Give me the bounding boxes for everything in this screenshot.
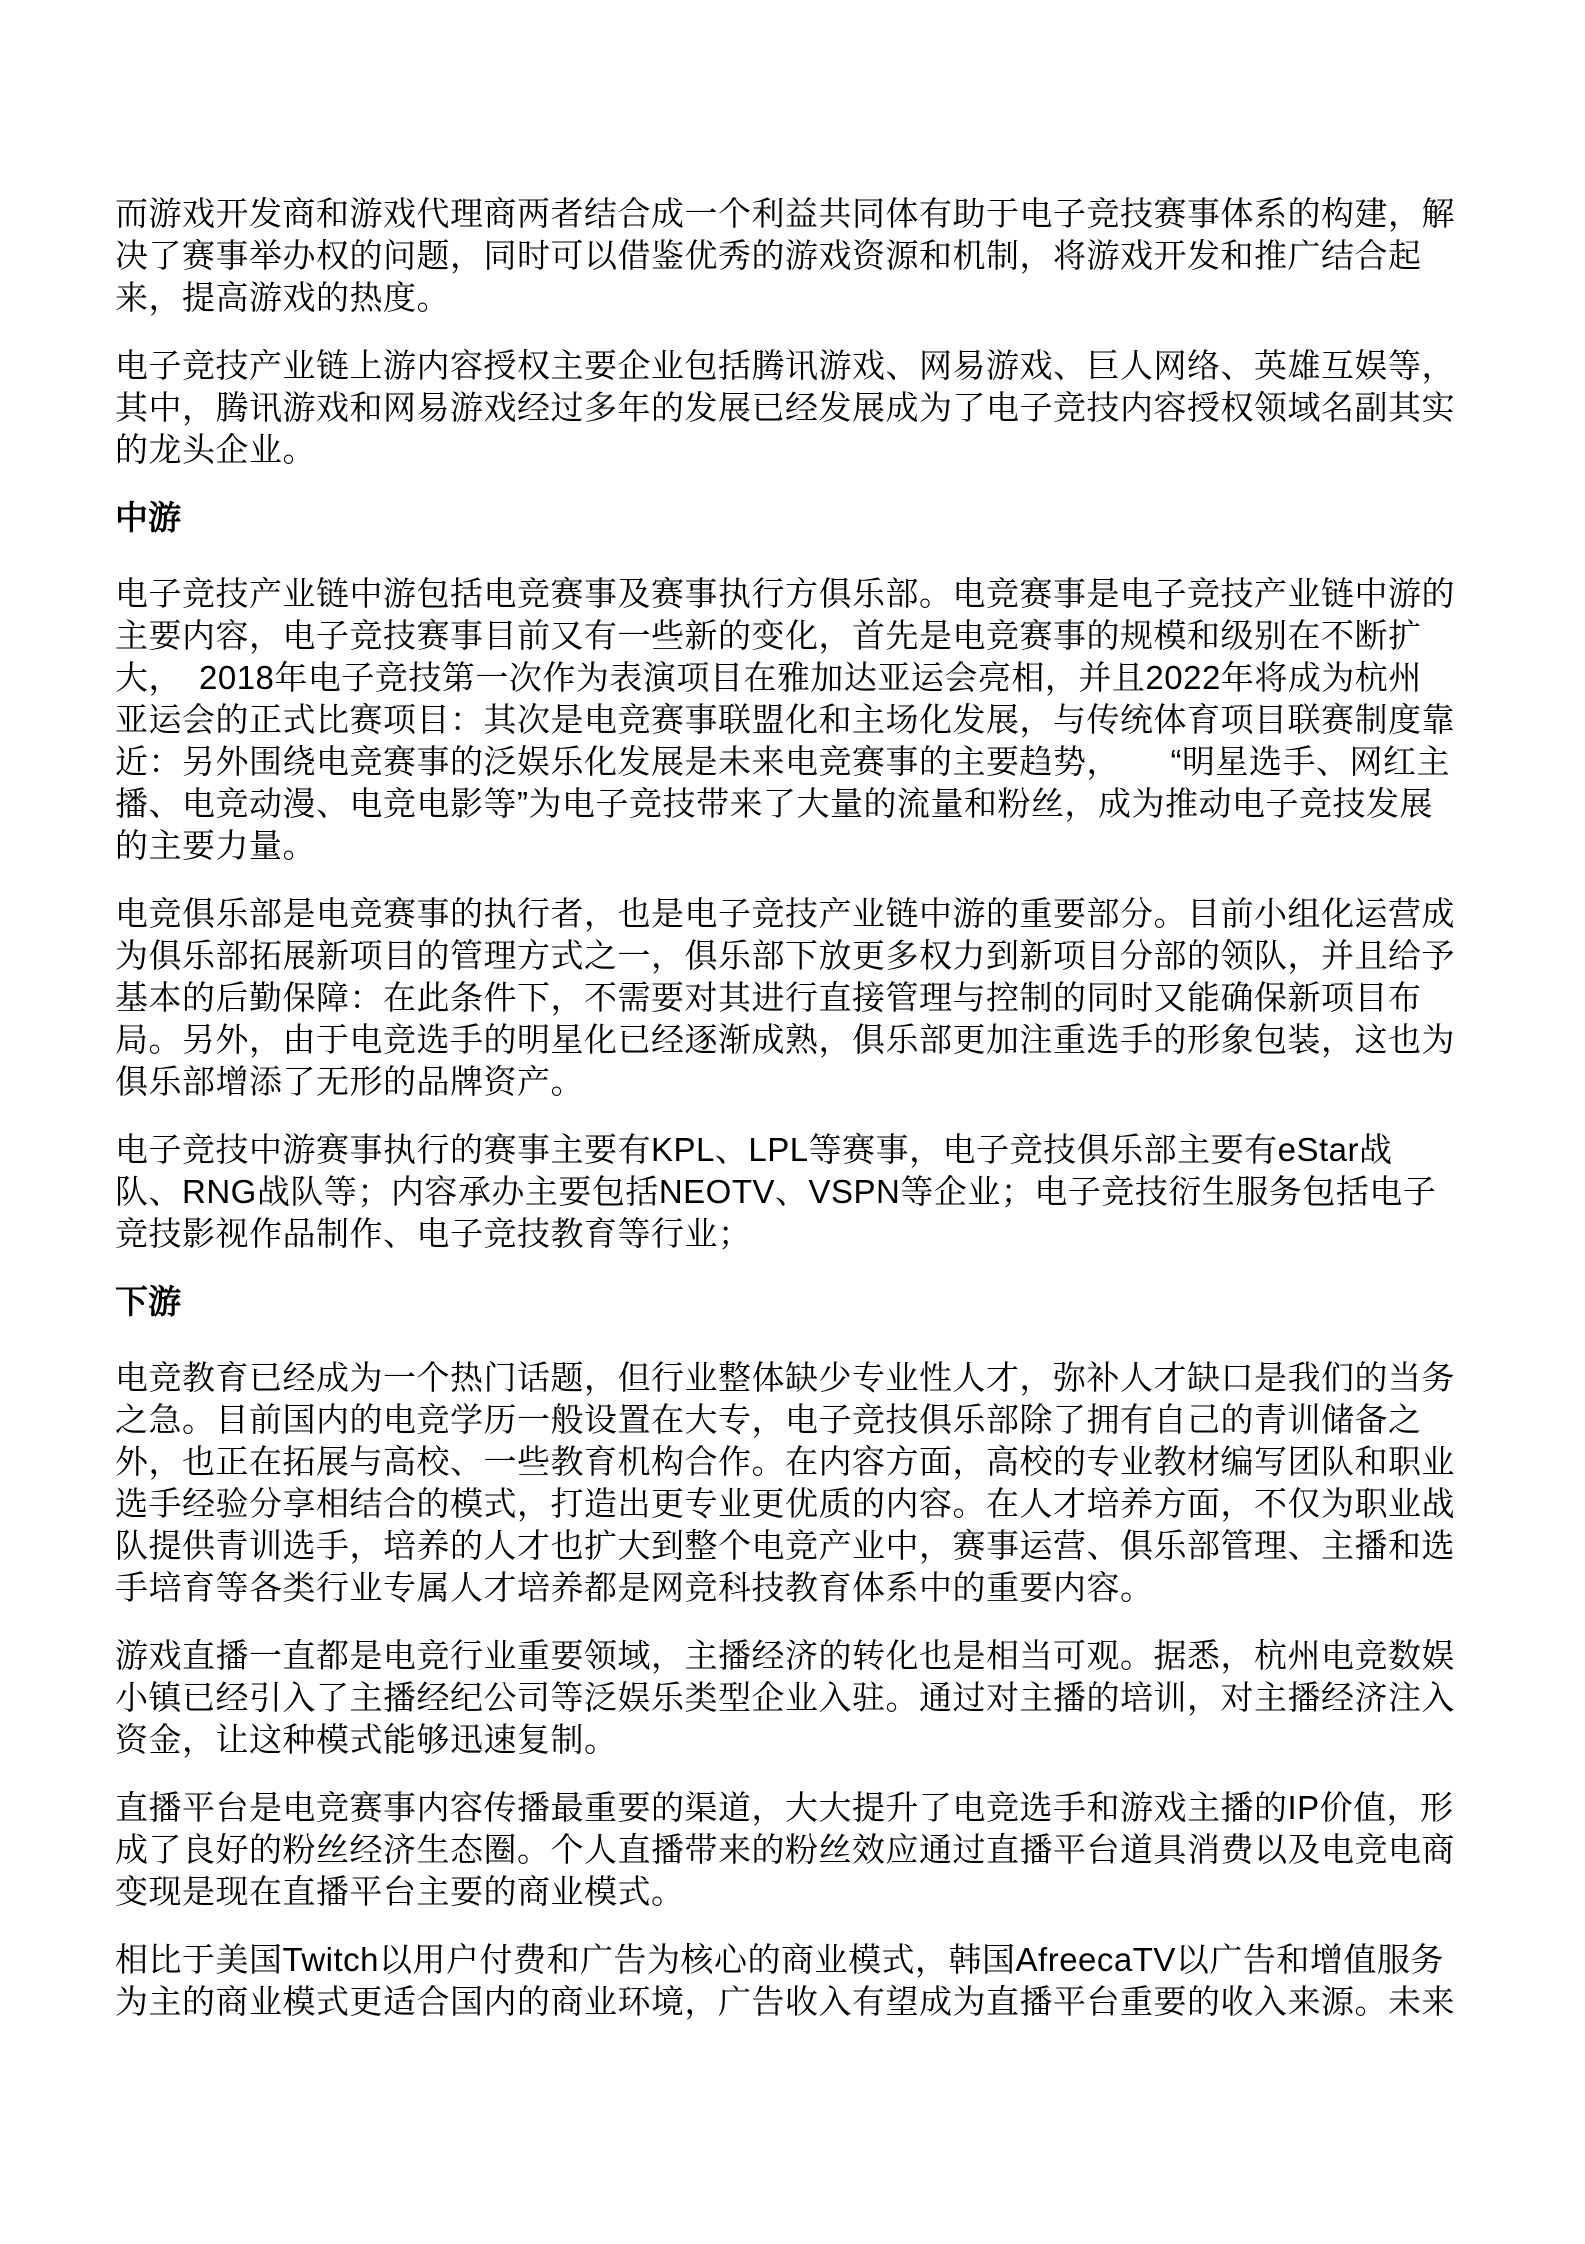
paragraph-game-streaming: 游戏直播一直都是电竞行业重要领域，主播经济的转化也是相当可观。据悉，杭州电竞数娱… — [115, 1635, 1455, 1761]
paragraph-business-models: 相比于美国Twitch以用户付费和广告为核心的商业模式，韩国AfreecaTV以… — [115, 1939, 1455, 2023]
paragraph-midstream-overview: 电子竞技产业链中游包括电竞赛事及赛事执行方俱乐部。电竞赛事是电子竞技产业链中游的… — [115, 573, 1455, 867]
document-page: 而游戏开发商和游戏代理商两者结合成一个利益共同体有助于电子竞技赛事体系的构建，解… — [0, 0, 1585, 2244]
paragraph-midstream-events-list: 电子竞技中游赛事执行的赛事主要有KPL、LPL等赛事，电子竞技俱乐部主要有eSt… — [115, 1129, 1455, 1255]
heading-midstream: 中游 — [115, 497, 1455, 539]
paragraph-esports-education: 电竞教育已经成为一个热门话题，但行业整体缺少专业性人才，弥补人才缺口是我们的当务… — [115, 1357, 1455, 1609]
paragraph-streaming-platforms: 直播平台是电竞赛事内容传播最重要的渠道，大大提升了电竞选手和游戏主播的IP价值，… — [115, 1787, 1455, 1913]
paragraph-esports-clubs: 电竞俱乐部是电竞赛事的执行者，也是电子竞技产业链中游的重要部分。目前小组化运营成… — [115, 893, 1455, 1103]
heading-downstream: 下游 — [115, 1281, 1455, 1323]
paragraph-upstream-companies: 电子竞技产业链上游内容授权主要企业包括腾讯游戏、网易游戏、巨人网络、英雄互娱等，… — [115, 345, 1455, 471]
paragraph-game-developers-alliance: 而游戏开发商和游戏代理商两者结合成一个利益共同体有助于电子竞技赛事体系的构建，解… — [115, 193, 1455, 319]
